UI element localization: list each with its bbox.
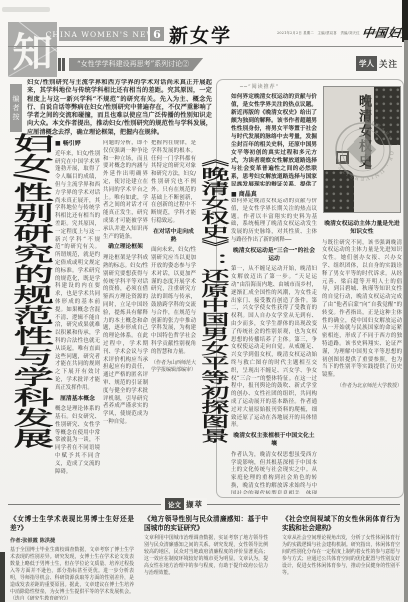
book-review-paragraph: 如何界定晚清女权运动的贡献与价值，是女性学界长期关注的热点议题。作者以丰富翔实的… — [231, 198, 317, 245]
digest-strip-label: 论文 撷萃 — [161, 498, 207, 510]
book-cover-image: 晚清女权史 LIBRARY · OF · UNIVERSITY · — [323, 86, 401, 213]
reading-recommend-tag: ──“阅读推荐” — [240, 83, 279, 90]
scan-artifact — [0, 552, 5, 602]
book-review-paragraph: 作者认为，晚清女权思想虽受西方学说影响，但其根基深植于中国本土的文化传统与社会现… — [231, 452, 317, 494]
left-article-subhead: 厘清基本概念 — [55, 396, 100, 404]
digest-body: 文章从社会空间理论视角出发，分析了女性休闲体育行为的实践逻辑与社会建构机制。研究… — [282, 535, 400, 577]
digest-item: 《女博士生学术表现比男博士生好还是差?》 作者:张银霞 陈洪捷 基于全国博士毕业… — [10, 515, 134, 600]
series-bars-icon — [58, 58, 65, 71]
digest-item: 《社会空间视域下的女性休闲体育行为实践和社会建构》 文章从社会空间理论视角出发，… — [282, 515, 400, 600]
digest-item: 《地方领导性别与民众清廉感知：基于中国城市的实证研究》 文章利用中国城市治理调查… — [144, 515, 268, 600]
library-stamp-icon: LIBRARY · OF · UNIVERSITY · — [330, 117, 396, 183]
scan-artifact — [402, 0, 408, 42]
corner-label-rest: 关注 — [379, 58, 398, 70]
digest-label-box: 论文 — [165, 498, 184, 510]
left-article-subhead: 确立理论框架 — [103, 244, 148, 252]
scan-artifact — [404, 40, 408, 602]
column-corner-label: 学人 关注 — [356, 56, 398, 71]
digest-label-rest: 撷萃 — [186, 499, 203, 510]
book-review-subhead: 晚清女权运动是“三合一”的社会运动 — [231, 248, 317, 264]
paper-name-cn: 中国妇女报 — [361, 24, 408, 41]
book-review-intro: 如何界定晚清女权运动的贡献与价值，是女性学界关注的热点议题。新近再版的《晚清女权… — [231, 93, 317, 186]
corner-label-box: 学人 — [356, 56, 377, 71]
series-tag: “女性学学科建设再思考”系列讨论② — [58, 58, 203, 71]
section-title: 新女学 — [169, 21, 232, 48]
left-article-column-3: 把握内在规律，是学科发展的根本。任何一门学科都有其特定的研究对象和研究方法，妇女… — [151, 140, 196, 492]
book-review-headline: 《晚清女权史》：还原中国男女平等初探图景 — [199, 152, 228, 443]
digest-title: 《女博士生学术表现比男博士生好还是差?》 — [10, 515, 134, 532]
left-article-byline: ■ 畅引婷 — [55, 140, 100, 148]
left-article-column-2: 问题的分析，即不仅仅强调一种争论和一种立场，而且要对概念的内涵与外延作出明确界定… — [103, 140, 148, 492]
left-article-headline: 妇女/性别研究的规范性与学科发展 — [9, 133, 52, 448]
digest-title: 《社会空间视域下的女性休闲体育行为实践和社会建构》 — [282, 515, 400, 532]
masthead-meta: 2021年2月2日 星期二 主编/蔡双喜 责编/刘天红 见习编辑/陈姝 美编/李… — [277, 30, 363, 35]
left-article-subhead: 在对话中走向成熟 — [151, 229, 196, 245]
book-review-subhead: 晚清女权主张植根于中国文化土壤 — [231, 433, 317, 449]
left-article-paragraph: 近年来，妇女/性别研究在中国学术界蓬勃开展，取得了令人瞩目的成绩，但与主流学界和… — [55, 151, 100, 393]
left-article-paragraph: 把握内在规律，是学科发展的根本。任何一门学科都有其特定的研究对象和研究方法，妇女… — [151, 140, 196, 226]
page-number: 6 — [150, 27, 164, 41]
book-review-paragraph: 第一，从不缠足运动开始，晚清妇女解放迈出了第一步。“天足运动”由沿海而内地、由城… — [231, 266, 317, 430]
book-review-byline: ■ 商晶真 — [231, 189, 257, 198]
book-review-column-a: 如何界定晚清女权运动的贡献与价值，是女性学界长期关注的热点议题。作者以丰富翔实的… — [231, 198, 317, 494]
paper-name-en: CHINA WOMEN'S NEWS — [59, 27, 148, 41]
header-rule — [8, 46, 402, 47]
book-review-paragraph: 与既往研究不同，该书强调晚清女权运动的主体力量是先进知识女性。她们创办女报、兴办… — [322, 240, 402, 380]
editor-note-label: 编者按 — [10, 84, 22, 132]
book-review-attribution: （作者为北京师范大学教授） — [322, 383, 402, 391]
left-article-paragraph: 理论框架是学科成熟的标志。妇女/性别研究要想获得与传统学科平等对话的资格，必须在… — [103, 255, 148, 427]
digest-body: 文章利用中国城市治理调查数据，实证考察了地方领导性别与民众清廉感知之间的关系。研… — [144, 535, 268, 577]
digest-body: 基于全国博士毕业生离校调查数据，文章考察了博士生学术表现的性别差异。研究发现，女… — [10, 547, 134, 600]
scan-artifact — [2, 7, 50, 12]
book-review-column-b: 晚清女权运动主体力量是先进知识女性 与既往研究不同，该书强调晚清女权运动的主体力… — [322, 218, 402, 492]
editor-note-intro: 妇女/性别研究与主流学界和西方学界的学术对话尚未真正开展起来，其学科地位与传统学… — [27, 79, 212, 136]
left-article-paragraph: 问题的分析，即不仅仅强调一种争论和一种立场，而且要对概念的内涵与外延作出明确界定… — [103, 140, 148, 241]
book-review-subhead: 晚清女权运动主体力量是先进知识女性 — [322, 221, 402, 237]
digest-author: 作者:张银霞 陈洪捷 — [10, 537, 134, 544]
left-article-paragraph: 概念是理论体系的基石。妇女研究、性别研究、女性学等概念在使用中常常被混为一谈，不… — [55, 406, 100, 476]
newspaper-page: 知 CHINA WOMEN'S NEWS 6 新女学 2021年2月2日 星期二… — [0, 0, 408, 602]
series-tag-label: “女性学学科建设再思考”系列讨论② — [69, 58, 203, 71]
left-article-column-1: ■ 畅引婷 近年来，妇女/性别研究在中国学术界蓬勃开展，取得了令人瞩目的成绩，但… — [55, 140, 100, 492]
left-article-paragraph: 面向未来，妇女/性别研究应当以更加开放的姿态参与学术对话，以更加严谨的态度开展学… — [151, 247, 196, 356]
digest-title: 《地方领导性别与民众清廉感知：基于中国城市的实证研究》 — [144, 515, 268, 532]
left-article-attribution: （作者为山西师范大学学报编辑部编审） — [151, 360, 196, 376]
